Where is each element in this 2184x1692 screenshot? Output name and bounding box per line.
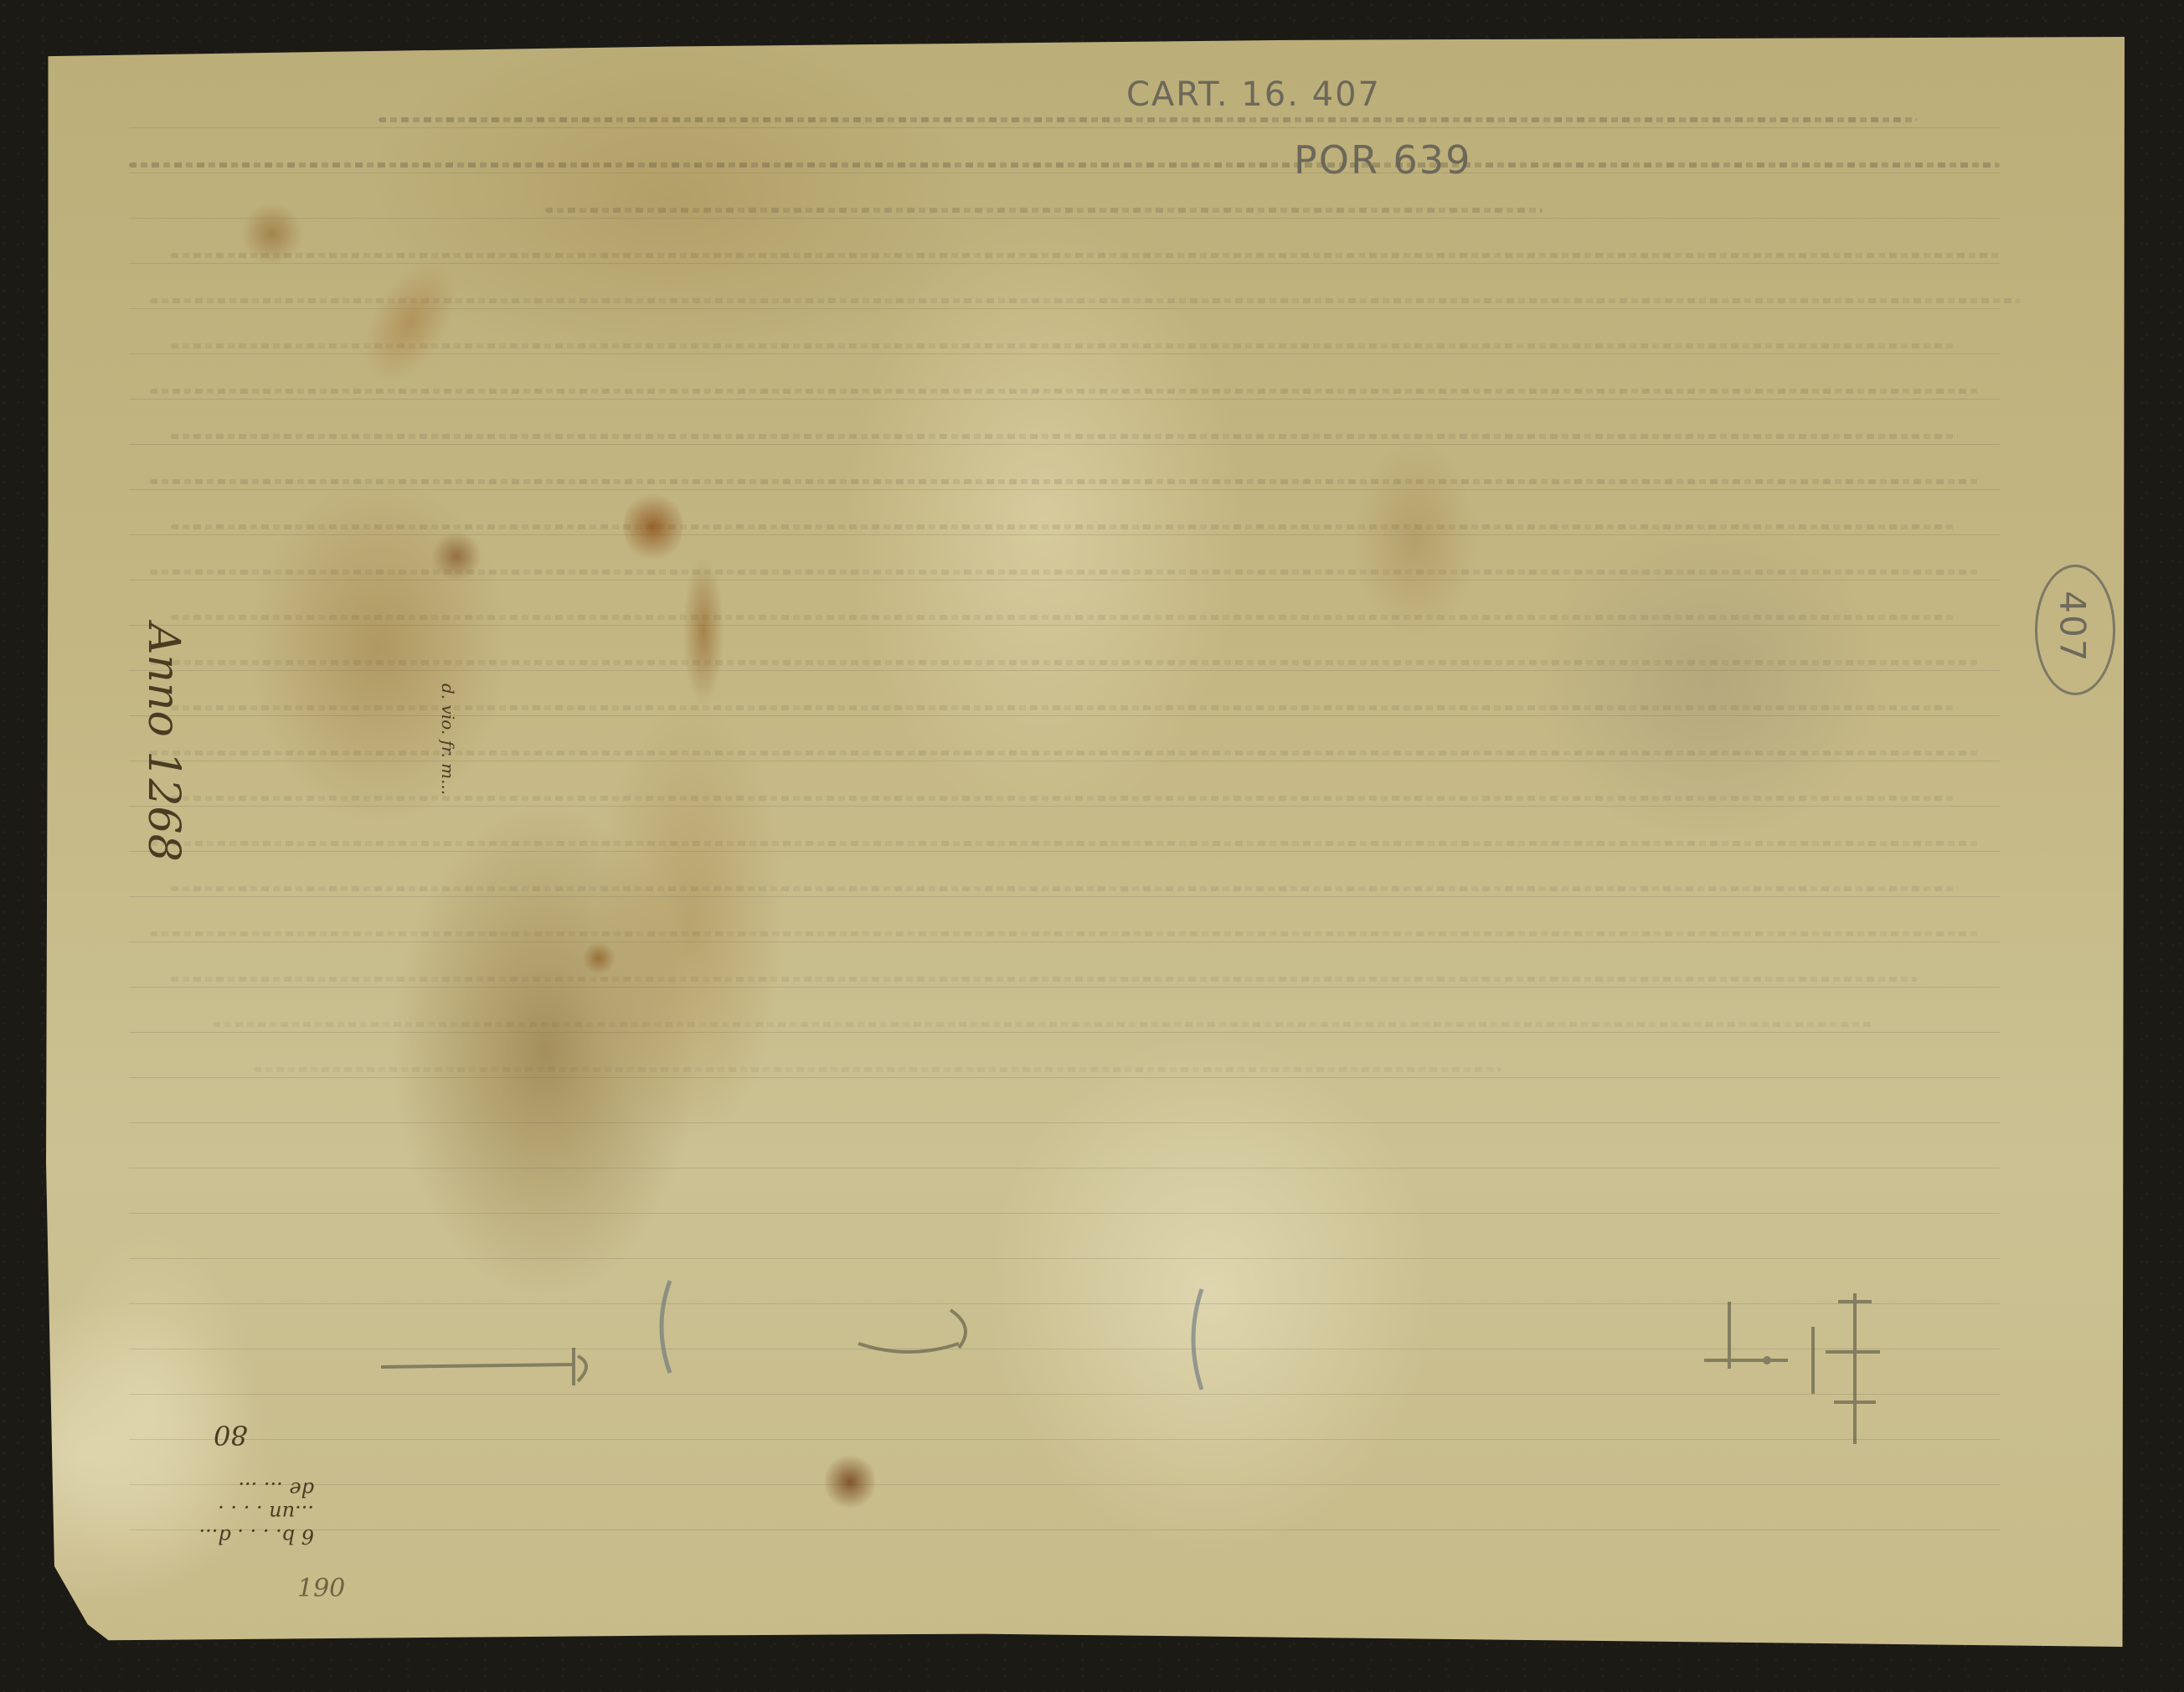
- ruling-line: [129, 1032, 2000, 1033]
- ruling-line: [129, 444, 2000, 445]
- ruling-line: [129, 218, 2000, 219]
- ruling-line: [129, 1213, 2000, 1214]
- cross-sketch-icon: [1671, 1277, 1888, 1461]
- stain: [825, 1452, 875, 1511]
- ruling-line: [129, 625, 2000, 626]
- short-marginal-note: d. vio. fr. m...: [438, 684, 458, 885]
- bleed-text-line: [379, 117, 1917, 122]
- bleed-text-line: [545, 208, 1543, 213]
- bleed-text-line: [171, 977, 1917, 982]
- mirrored-note: 6 b. . . . d... ...un . . . . de ... ...: [147, 1478, 314, 1548]
- bleed-text-line: [150, 479, 1979, 484]
- bleed-text-line: [150, 841, 1979, 846]
- collection-number: POR 639: [1294, 137, 1471, 183]
- stain: [431, 531, 482, 581]
- mirrored-note-line: 6 b. . . . d...: [147, 1524, 314, 1548]
- bleed-text-line: [171, 253, 2000, 258]
- ruling-line: [129, 399, 2000, 400]
- bottom-number: 190: [297, 1574, 345, 1603]
- ruling-line: [129, 987, 2000, 988]
- sword-sketch-icon: [364, 1327, 616, 1402]
- ruling-line: [129, 1530, 2000, 1530]
- circled-number: 407: [2053, 581, 2094, 673]
- stain: [624, 489, 682, 565]
- ruling-line: [129, 489, 2000, 490]
- bleed-text-line: [171, 886, 1959, 891]
- bleed-text-line: [150, 570, 1979, 575]
- ruling-line: [129, 670, 2000, 671]
- bleed-text-line: [254, 1067, 1501, 1072]
- crescent-sketch-icon: [649, 1277, 682, 1377]
- ruling-line: [129, 806, 2000, 807]
- mirrored-note-line: de ... ...: [147, 1478, 314, 1501]
- year-note: Anno 1268: [138, 623, 188, 874]
- ruling-line: [129, 761, 2000, 761]
- bleed-text-line: [150, 931, 1979, 936]
- ruling-line: [129, 263, 2000, 264]
- ruling-line: [129, 1258, 2000, 1259]
- bleed-text-line: [171, 524, 1959, 529]
- ruling-line: [129, 1484, 2000, 1485]
- stain: [1352, 439, 1478, 640]
- ruling-line: [129, 1077, 2000, 1078]
- ruling-line: [129, 580, 2000, 580]
- crescent-sketch-icon: [1181, 1285, 1214, 1394]
- bleed-text-line: [213, 1022, 1876, 1027]
- bleed-text-line: [171, 615, 1959, 620]
- ruling-line: [129, 1168, 2000, 1168]
- ruling-line: [129, 715, 2000, 716]
- ruling-line: [129, 851, 2000, 852]
- bleed-text-line: [150, 751, 1979, 756]
- stain: [344, 245, 476, 399]
- stain: [582, 941, 616, 975]
- ruling-line: [129, 1122, 2000, 1123]
- bleed-text-line: [171, 434, 1959, 439]
- bleed-text-line: [129, 162, 2000, 168]
- bracket-sketch-icon: [850, 1302, 984, 1369]
- parchment-sheet: CART. 16. 407 POR 639 407 Anno 1268 d. v…: [46, 37, 2125, 1647]
- mirrored-note-line: ...un . . . .: [147, 1501, 314, 1524]
- stain: [239, 204, 306, 263]
- ruling-line: [129, 941, 2000, 942]
- stain: [682, 556, 724, 707]
- bleed-text-line: [150, 389, 1979, 394]
- ruling-line: [129, 127, 2000, 128]
- archive-shelfmark: CART. 16. 407: [1126, 75, 1381, 114]
- ruling-line: [129, 173, 2000, 173]
- bleed-text-line: [150, 660, 1979, 665]
- ruling-line: [129, 534, 2000, 535]
- small-number: 80: [214, 1419, 248, 1451]
- ruling-line: [129, 896, 2000, 897]
